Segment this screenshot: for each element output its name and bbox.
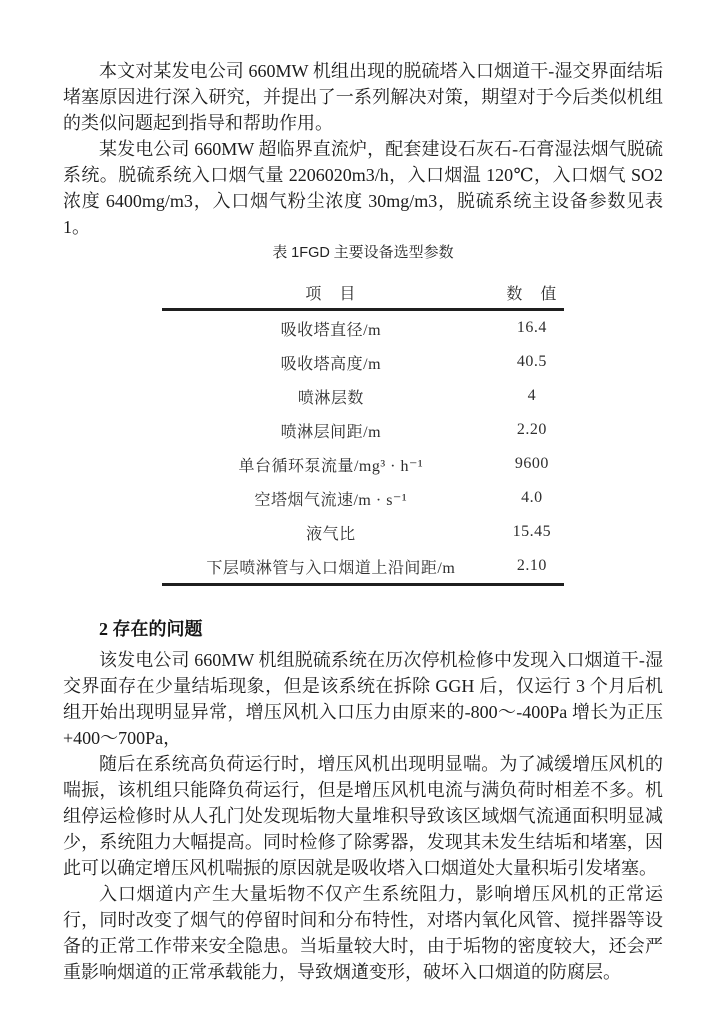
table-row: 液气比 15.45 — [162, 515, 564, 549]
table-caption-prefix: 表 — [272, 245, 291, 261]
value-cell: 4 — [500, 379, 564, 413]
table-row: 单台循环泵流量/mg³ · h⁻¹ 9600 — [162, 447, 564, 481]
section-body: 该发电公司 660MW 机组脱硫系统在历次停机检修中发现入口烟道干-湿交界面存在… — [63, 647, 663, 985]
value-cell: 40.5 — [500, 345, 564, 379]
section-heading-problems: 2 存在的问题 — [63, 616, 663, 642]
table-header-row: 项 目 数 值 — [162, 276, 564, 310]
table-row: 吸收塔直径/m 16.4 — [162, 310, 564, 346]
item-cell: 喷淋层间距/m — [162, 413, 500, 447]
fgd-parameters-table: 项 目 数 值 吸收塔直径/m 16.4 吸收塔高度/m 40.5 喷淋层数 4 — [162, 276, 564, 586]
column-header-value: 数 值 — [500, 276, 564, 310]
page-content: 本文对某发电公司 660MW 机组出现的脱硫塔入口烟道干-湿交界面结垢堵塞原因进… — [63, 58, 663, 985]
column-header-item: 项 目 — [162, 276, 500, 310]
paragraph-scaling-found: 该发电公司 660MW 机组脱硫系统在历次停机检修中发现入口烟道干-湿交界面存在… — [63, 647, 663, 751]
paragraph-intro: 本文对某发电公司 660MW 机组出现的脱硫塔入口烟道干-湿交界面结垢堵塞原因进… — [63, 58, 663, 136]
table-caption-suffix: 主要设备选型参数 — [330, 245, 454, 261]
value-cell: 16.4 — [500, 310, 564, 346]
document-page: 本文对某发电公司 660MW 机组出现的脱硫塔入口烟道干-湿交界面结垢堵塞原因进… — [0, 0, 724, 1024]
value-cell: 2.20 — [500, 413, 564, 447]
table-row: 下层喷淋管与入口烟道上沿间距/m 2.10 — [162, 549, 564, 585]
table-row: 吸收塔高度/m 40.5 — [162, 345, 564, 379]
page-number: - 3 - — [0, 962, 724, 979]
value-cell: 9600 — [500, 447, 564, 481]
item-cell: 液气比 — [162, 515, 500, 549]
item-cell: 空塔烟气流速/m · s⁻¹ — [162, 481, 500, 515]
value-cell: 2.10 — [500, 549, 564, 585]
item-cell: 下层喷淋管与入口烟道上沿间距/m — [162, 549, 500, 585]
value-cell: 4.0 — [500, 481, 564, 515]
item-cell: 喷淋层数 — [162, 379, 500, 413]
item-cell: 吸收塔高度/m — [162, 345, 500, 379]
table-row: 喷淋层间距/m 2.20 — [162, 413, 564, 447]
table-row: 空塔烟气流速/m · s⁻¹ 4.0 — [162, 481, 564, 515]
paragraph-system-specs: 某发电公司 660MW 超临界直流炉，配套建设石灰石-石膏湿法烟气脱硫系统。脱硫… — [63, 136, 663, 240]
paragraph-fan-surge: 随后在系统高负荷运行时，增压风机出现明显喘。为了减缓增压风机的喘振，该机组只能降… — [63, 751, 663, 881]
item-cell: 单台循环泵流量/mg³ · h⁻¹ — [162, 447, 500, 481]
table-caption: 表 1FGD 主要设备选型参数 — [63, 243, 663, 263]
table-row: 喷淋层数 4 — [162, 379, 564, 413]
value-cell: 15.45 — [500, 515, 564, 549]
item-cell: 吸收塔直径/m — [162, 310, 500, 346]
table-caption-code: 1FGD — [291, 245, 330, 261]
